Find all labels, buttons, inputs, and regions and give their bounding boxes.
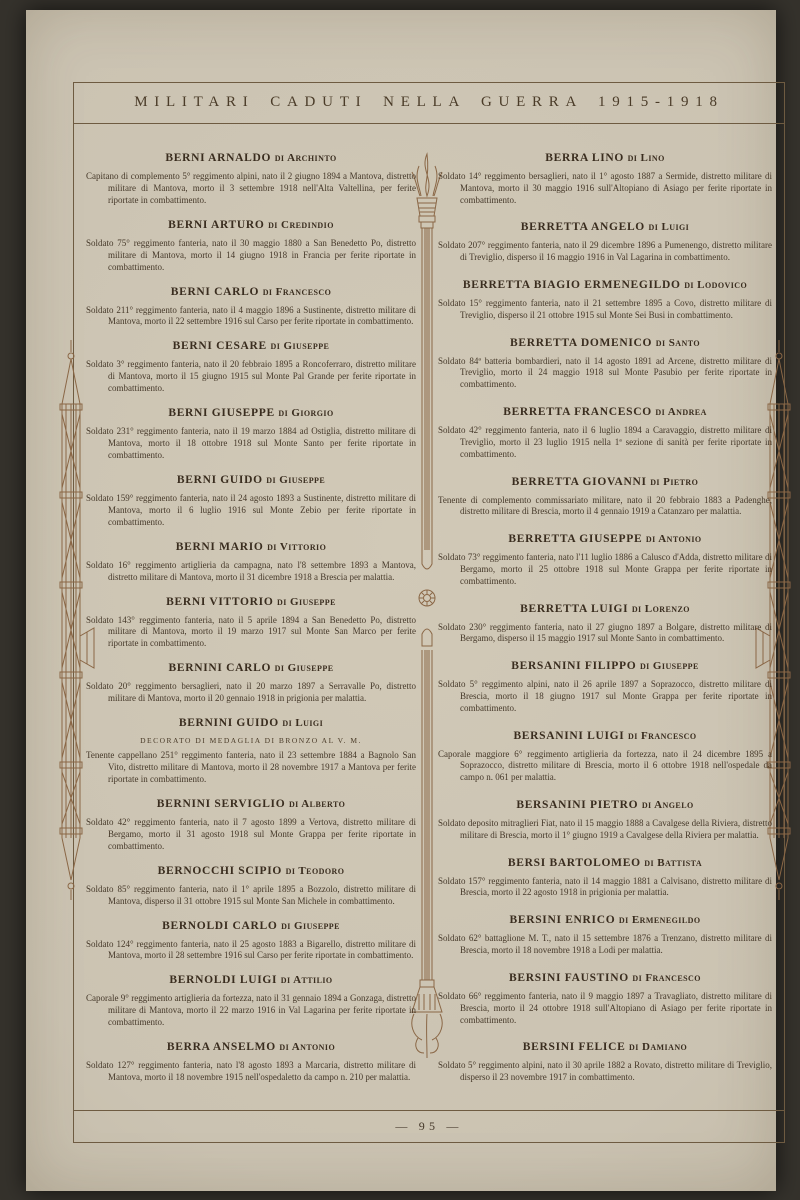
soldier-record-text: Soldato 20° reggimento bersaglieri, nato… <box>86 681 416 705</box>
soldier-father-name: di Battista <box>644 857 702 869</box>
soldier-entry: BERNINI GUIDO di Luigi DECORATO DI MEDAG… <box>86 713 416 786</box>
soldier-name: BERRETTA DOMENICO <box>510 337 656 349</box>
soldier-name: BERRA LINO <box>545 152 627 164</box>
soldier-name-heading: BERRETTA ANGELO di Luigi <box>438 217 772 235</box>
soldier-father-name: di Ermenegildo <box>619 914 701 926</box>
soldier-father-name: di Luigi <box>282 717 323 729</box>
soldier-name-heading: BERRETTA GIUSEPPE di Antonio <box>438 529 772 547</box>
soldier-father-name: di Francesco <box>628 730 697 742</box>
decoration-note: DECORATO DI MEDAGLIA DI BRONZO AL V. M. <box>86 736 416 745</box>
soldier-entry: BERNI GUIDO di Giuseppe Soldato 159° reg… <box>86 470 416 529</box>
soldier-name-heading: BERNI MARIO di Vittorio <box>86 537 416 555</box>
soldier-name-heading: BERNI CARLO di Francesco <box>86 282 416 300</box>
soldier-record-text: Soldato 42° reggimento fanteria, nato il… <box>86 817 416 853</box>
soldier-name: BERSINI ENRICO <box>510 914 619 926</box>
soldier-record-text: Tenente di complemento commissariato mil… <box>438 495 772 519</box>
page-number: — 95 — <box>395 1119 462 1134</box>
soldier-father-name: di Giorgio <box>278 407 333 419</box>
soldier-name: BERSINI FELICE <box>523 1041 629 1053</box>
soldier-name: BERRETTA BIAGIO ERMENEGILDO <box>463 279 684 291</box>
soldier-record-text: Soldato 5° reggimento alpini, nato il 30… <box>438 1060 772 1084</box>
soldier-name: BERRETTA FRANCESCO <box>503 406 655 418</box>
soldier-name: BERRETTA GIOVANNI <box>512 476 651 488</box>
soldier-father-name: di Lorenzo <box>632 603 690 615</box>
soldier-father-name: di Vittorio <box>267 541 326 553</box>
soldier-father-name: di Francesco <box>632 972 701 984</box>
soldier-name: BERRA ANSELMO <box>167 1041 280 1053</box>
soldier-entry: BERNOLDI CARLO di Giuseppe Soldato 124° … <box>86 916 416 963</box>
soldier-record-text: Soldato 85° reggimento fanteria, nato il… <box>86 884 416 908</box>
soldier-entry: BERSANINI LUIGI di Francesco Caporale ma… <box>438 726 772 785</box>
soldier-name: BERNOLDI LUIGI <box>169 974 280 986</box>
soldier-father-name: di Giuseppe <box>277 596 336 608</box>
soldier-entry: BERNI ARTURO di Credindio Soldato 75° re… <box>86 215 416 274</box>
soldier-name: BERNI MARIO <box>176 541 267 553</box>
soldier-record-text: Soldato 3° reggimento fanteria, nato il … <box>86 359 416 395</box>
scanned-book-photo: { "page": { "title": "MILITARI CADUTI NE… <box>0 0 800 1200</box>
soldier-entry: BERNOLDI LUIGI di Attilio Caporale 9° re… <box>86 970 416 1029</box>
folio-band: — 95 — <box>73 1110 785 1143</box>
page-title: MILITARI CADUTI NELLA GUERRA 1915-1918 <box>134 94 724 111</box>
soldier-record-text: Soldato 84ª batteria bombardieri, nato i… <box>438 356 772 392</box>
soldier-name: BERNI GIUSEPPE <box>168 407 278 419</box>
soldier-record-text: Soldato 14° reggimento bersaglieri, nato… <box>438 171 772 207</box>
soldier-name-heading: BERNINI SERVIGLIO di Alberto <box>86 794 416 812</box>
soldier-entry: BERSI BARTOLOMEO di Battista Soldato 157… <box>438 853 772 900</box>
soldier-name-heading: BERNI ARNALDO di Archinto <box>86 148 416 166</box>
soldier-father-name: di Attilio <box>281 974 333 986</box>
soldier-record-text: Soldato 230° reggimento fanteria, nato i… <box>438 622 772 646</box>
soldier-father-name: di Angelo <box>642 799 694 811</box>
soldier-name-heading: BERSINI FELICE di Damiano <box>438 1037 772 1055</box>
soldier-name-heading: BERSANINI LUIGI di Francesco <box>438 726 772 744</box>
soldier-name: BERNI ARTURO <box>168 219 268 231</box>
soldier-record-text: Soldato 16° reggimento artiglieria da ca… <box>86 560 416 584</box>
soldier-entry: BERRA ANSELMO di Antonio Soldato 127° re… <box>86 1037 416 1084</box>
soldier-father-name: di Credindio <box>268 219 334 231</box>
soldier-father-name: di Pietro <box>650 476 698 488</box>
soldier-entry: BERNI CESARE di Giuseppe Soldato 3° regg… <box>86 336 416 395</box>
soldier-entry: BERNI CARLO di Francesco Soldato 211° re… <box>86 282 416 329</box>
soldier-father-name: di Francesco <box>263 286 332 298</box>
soldier-name-heading: BERNOCCHI SCIPIO di Teodoro <box>86 861 416 879</box>
soldier-record-text: Caporale 9° reggimento artiglieria da fo… <box>86 993 416 1029</box>
soldier-name-heading: BERRETTA FRANCESCO di Andrea <box>438 402 772 420</box>
soldier-name: BERSANINI PIETRO <box>516 799 641 811</box>
soldier-record-text: Soldato 159° reggimento fanteria, nato i… <box>86 493 416 529</box>
soldier-father-name: di Teodoro <box>286 865 345 877</box>
soldier-entry: BERSINI ENRICO di Ermenegildo Soldato 62… <box>438 910 772 957</box>
soldier-name-heading: BERRETTA GIOVANNI di Pietro <box>438 472 772 490</box>
soldier-record-text: Soldato 124° reggimento fanteria, nato i… <box>86 939 416 963</box>
soldier-name: BERNI CESARE <box>173 340 271 352</box>
soldier-entry: BERSINI FAUSTINO di Francesco Soldato 66… <box>438 968 772 1027</box>
soldier-father-name: di Luigi <box>649 221 690 233</box>
soldier-name: BERNI GUIDO <box>177 474 266 486</box>
soldier-name-heading: BERSINI ENRICO di Ermenegildo <box>438 910 772 928</box>
soldier-name: BERSANINI FILIPPO <box>511 660 640 672</box>
soldier-entry: BERSANINI FILIPPO di Giuseppe Soldato 5°… <box>438 656 772 715</box>
soldier-name-heading: BERRETTA LUIGI di Lorenzo <box>438 599 772 617</box>
soldier-entry: BERNINI SERVIGLIO di Alberto Soldato 42°… <box>86 794 416 853</box>
soldier-father-name: di Damiano <box>629 1041 687 1053</box>
running-head-band: MILITARI CADUTI NELLA GUERRA 1915-1918 <box>73 82 785 123</box>
soldier-father-name: di Archinto <box>275 152 337 164</box>
soldier-record-text: Soldato deposito mitraglieri Fiat, nato … <box>438 818 772 842</box>
soldier-entry: BERNI GIUSEPPE di Giorgio Soldato 231° r… <box>86 403 416 462</box>
soldier-name-heading: BERRETTA BIAGIO ERMENEGILDO di Lodovico <box>438 275 772 293</box>
soldier-entry: BERRETTA FRANCESCO di Andrea Soldato 42°… <box>438 402 772 461</box>
soldier-name: BERNINI CARLO <box>169 662 275 674</box>
soldier-record-text: Soldato 157° reggimento fanteria, nato i… <box>438 876 772 900</box>
soldier-entry: BERSANINI PIETRO di Angelo Soldato depos… <box>438 795 772 842</box>
soldier-name: BERNI ARNALDO <box>165 152 274 164</box>
soldier-father-name: di Lodovico <box>684 279 747 291</box>
soldier-name-heading: BERNI VITTORIO di Giuseppe <box>86 592 416 610</box>
soldier-name-heading: BERRETTA DOMENICO di Santo <box>438 333 772 351</box>
soldier-name: BERRETTA LUIGI <box>520 603 632 615</box>
soldier-name: BERRETTA ANGELO <box>521 221 649 233</box>
soldier-name-heading: BERNI GIUSEPPE di Giorgio <box>86 403 416 421</box>
soldier-father-name: di Giuseppe <box>266 474 325 486</box>
soldier-entry: BERRETTA GIUSEPPE di Antonio Soldato 73°… <box>438 529 772 588</box>
soldier-record-text: Soldato 15° reggimento fanteria, nato il… <box>438 298 772 322</box>
soldier-father-name: di Giuseppe <box>640 660 699 672</box>
soldier-father-name: di Antonio <box>279 1041 335 1053</box>
soldier-name-heading: BERNI ARTURO di Credindio <box>86 215 416 233</box>
soldier-entry: BERNI VITTORIO di Giuseppe Soldato 143° … <box>86 592 416 651</box>
soldier-name: BERSI BARTOLOMEO <box>508 857 644 869</box>
soldier-name: BERNI VITTORIO <box>166 596 277 608</box>
soldier-record-text: Caporale maggiore 6° reggimento artiglie… <box>438 749 772 785</box>
soldier-name: BERSINI FAUSTINO <box>509 972 632 984</box>
soldier-name: BERNINI SERVIGLIO <box>157 798 289 810</box>
soldier-name: BERNOCCHI SCIPIO <box>158 865 286 877</box>
soldier-record-text: Soldato 66° reggimento fanteria, nato il… <box>438 991 772 1027</box>
soldier-name-heading: BERNINI CARLO di Giuseppe <box>86 658 416 676</box>
soldier-father-name: di Antonio <box>646 533 702 545</box>
soldier-name-heading: BERNINI GUIDO di Luigi <box>86 713 416 731</box>
soldier-entry: BERNI ARNALDO di Archinto Capitano di co… <box>86 148 416 207</box>
soldier-entry: BERNI MARIO di Vittorio Soldato 16° regg… <box>86 537 416 584</box>
soldier-record-text: Tenente cappellano 251° reggimento fante… <box>86 750 416 786</box>
soldier-entry: BERRETTA GIOVANNI di Pietro Tenente di c… <box>438 472 772 519</box>
soldier-name-heading: BERSI BARTOLOMEO di Battista <box>438 853 772 871</box>
soldier-name: BERNI CARLO <box>171 286 263 298</box>
soldier-entry: BERRETTA DOMENICO di Santo Soldato 84ª b… <box>438 333 772 392</box>
soldier-entry: BERRETTA BIAGIO ERMENEGILDO di Lodovico … <box>438 275 772 322</box>
soldier-name-heading: BERNOLDI CARLO di Giuseppe <box>86 916 416 934</box>
right-column: BERRA LINO di Lino Soldato 14° reggiment… <box>438 124 772 1110</box>
soldier-name-heading: BERSANINI PIETRO di Angelo <box>438 795 772 813</box>
soldier-entry: BERRA LINO di Lino Soldato 14° reggiment… <box>438 148 772 207</box>
soldier-name-heading: BERNI CESARE di Giuseppe <box>86 336 416 354</box>
soldier-record-text: Soldato 73° reggimento fanteria, nato l'… <box>438 552 772 588</box>
soldier-record-text: Soldato 231° reggimento fanteria, nato i… <box>86 426 416 462</box>
soldier-father-name: di Giuseppe <box>270 340 329 352</box>
soldier-father-name: di Lino <box>628 152 665 164</box>
soldier-name: BERNOLDI CARLO <box>162 920 281 932</box>
soldier-name: BERRETTA GIUSEPPE <box>508 533 645 545</box>
soldier-name-heading: BERNOLDI LUIGI di Attilio <box>86 970 416 988</box>
soldier-name-heading: BERRA ANSELMO di Antonio <box>86 1037 416 1055</box>
soldier-name: BERSANINI LUIGI <box>513 730 628 742</box>
soldier-entry: BERSINI FELICE di Damiano Soldato 5° reg… <box>438 1037 772 1084</box>
soldier-entry: BERNOCCHI SCIPIO di Teodoro Soldato 85° … <box>86 861 416 908</box>
soldier-entry: BERRETTA LUIGI di Lorenzo Soldato 230° r… <box>438 599 772 646</box>
book-page: MILITARI CADUTI NELLA GUERRA 1915-1918 <box>26 10 776 1191</box>
soldier-record-text: Capitano di complemento 5° reggimento al… <box>86 171 416 207</box>
soldier-record-text: Soldato 75° reggimento fanteria, nato il… <box>86 238 416 274</box>
soldier-record-text: Soldato 62° battaglione M. T., nato il 1… <box>438 933 772 957</box>
soldier-record-text: Soldato 5° reggimento alpini, nato il 26… <box>438 679 772 715</box>
soldier-record-text: Soldato 143° reggimento fanteria, nato i… <box>86 615 416 651</box>
soldier-name-heading: BERRA LINO di Lino <box>438 148 772 166</box>
soldier-record-text: Soldato 42° reggimento fanteria, nato il… <box>438 425 772 461</box>
soldier-record-text: Soldato 207° reggimento fanteria, nato i… <box>438 240 772 264</box>
soldier-name-heading: BERSANINI FILIPPO di Giuseppe <box>438 656 772 674</box>
soldier-record-text: Soldato 211° reggimento fanteria, nato i… <box>86 305 416 329</box>
soldier-name-heading: BERNI GUIDO di Giuseppe <box>86 470 416 488</box>
soldier-record-text: Soldato 127° reggimento fanteria, nato l… <box>86 1060 416 1084</box>
soldier-father-name: di Giuseppe <box>281 920 340 932</box>
soldier-entry: BERNINI CARLO di Giuseppe Soldato 20° re… <box>86 658 416 705</box>
soldier-name: BERNINI GUIDO <box>179 717 283 729</box>
soldier-name-heading: BERSINI FAUSTINO di Francesco <box>438 968 772 986</box>
soldier-father-name: di Alberto <box>289 798 345 810</box>
left-column: BERNI ARNALDO di Archinto Capitano di co… <box>86 124 416 1110</box>
soldier-father-name: di Santo <box>656 337 700 349</box>
soldier-father-name: di Andrea <box>655 406 706 418</box>
soldier-father-name: di Giuseppe <box>275 662 334 674</box>
soldier-entry: BERRETTA ANGELO di Luigi Soldato 207° re… <box>438 217 772 264</box>
